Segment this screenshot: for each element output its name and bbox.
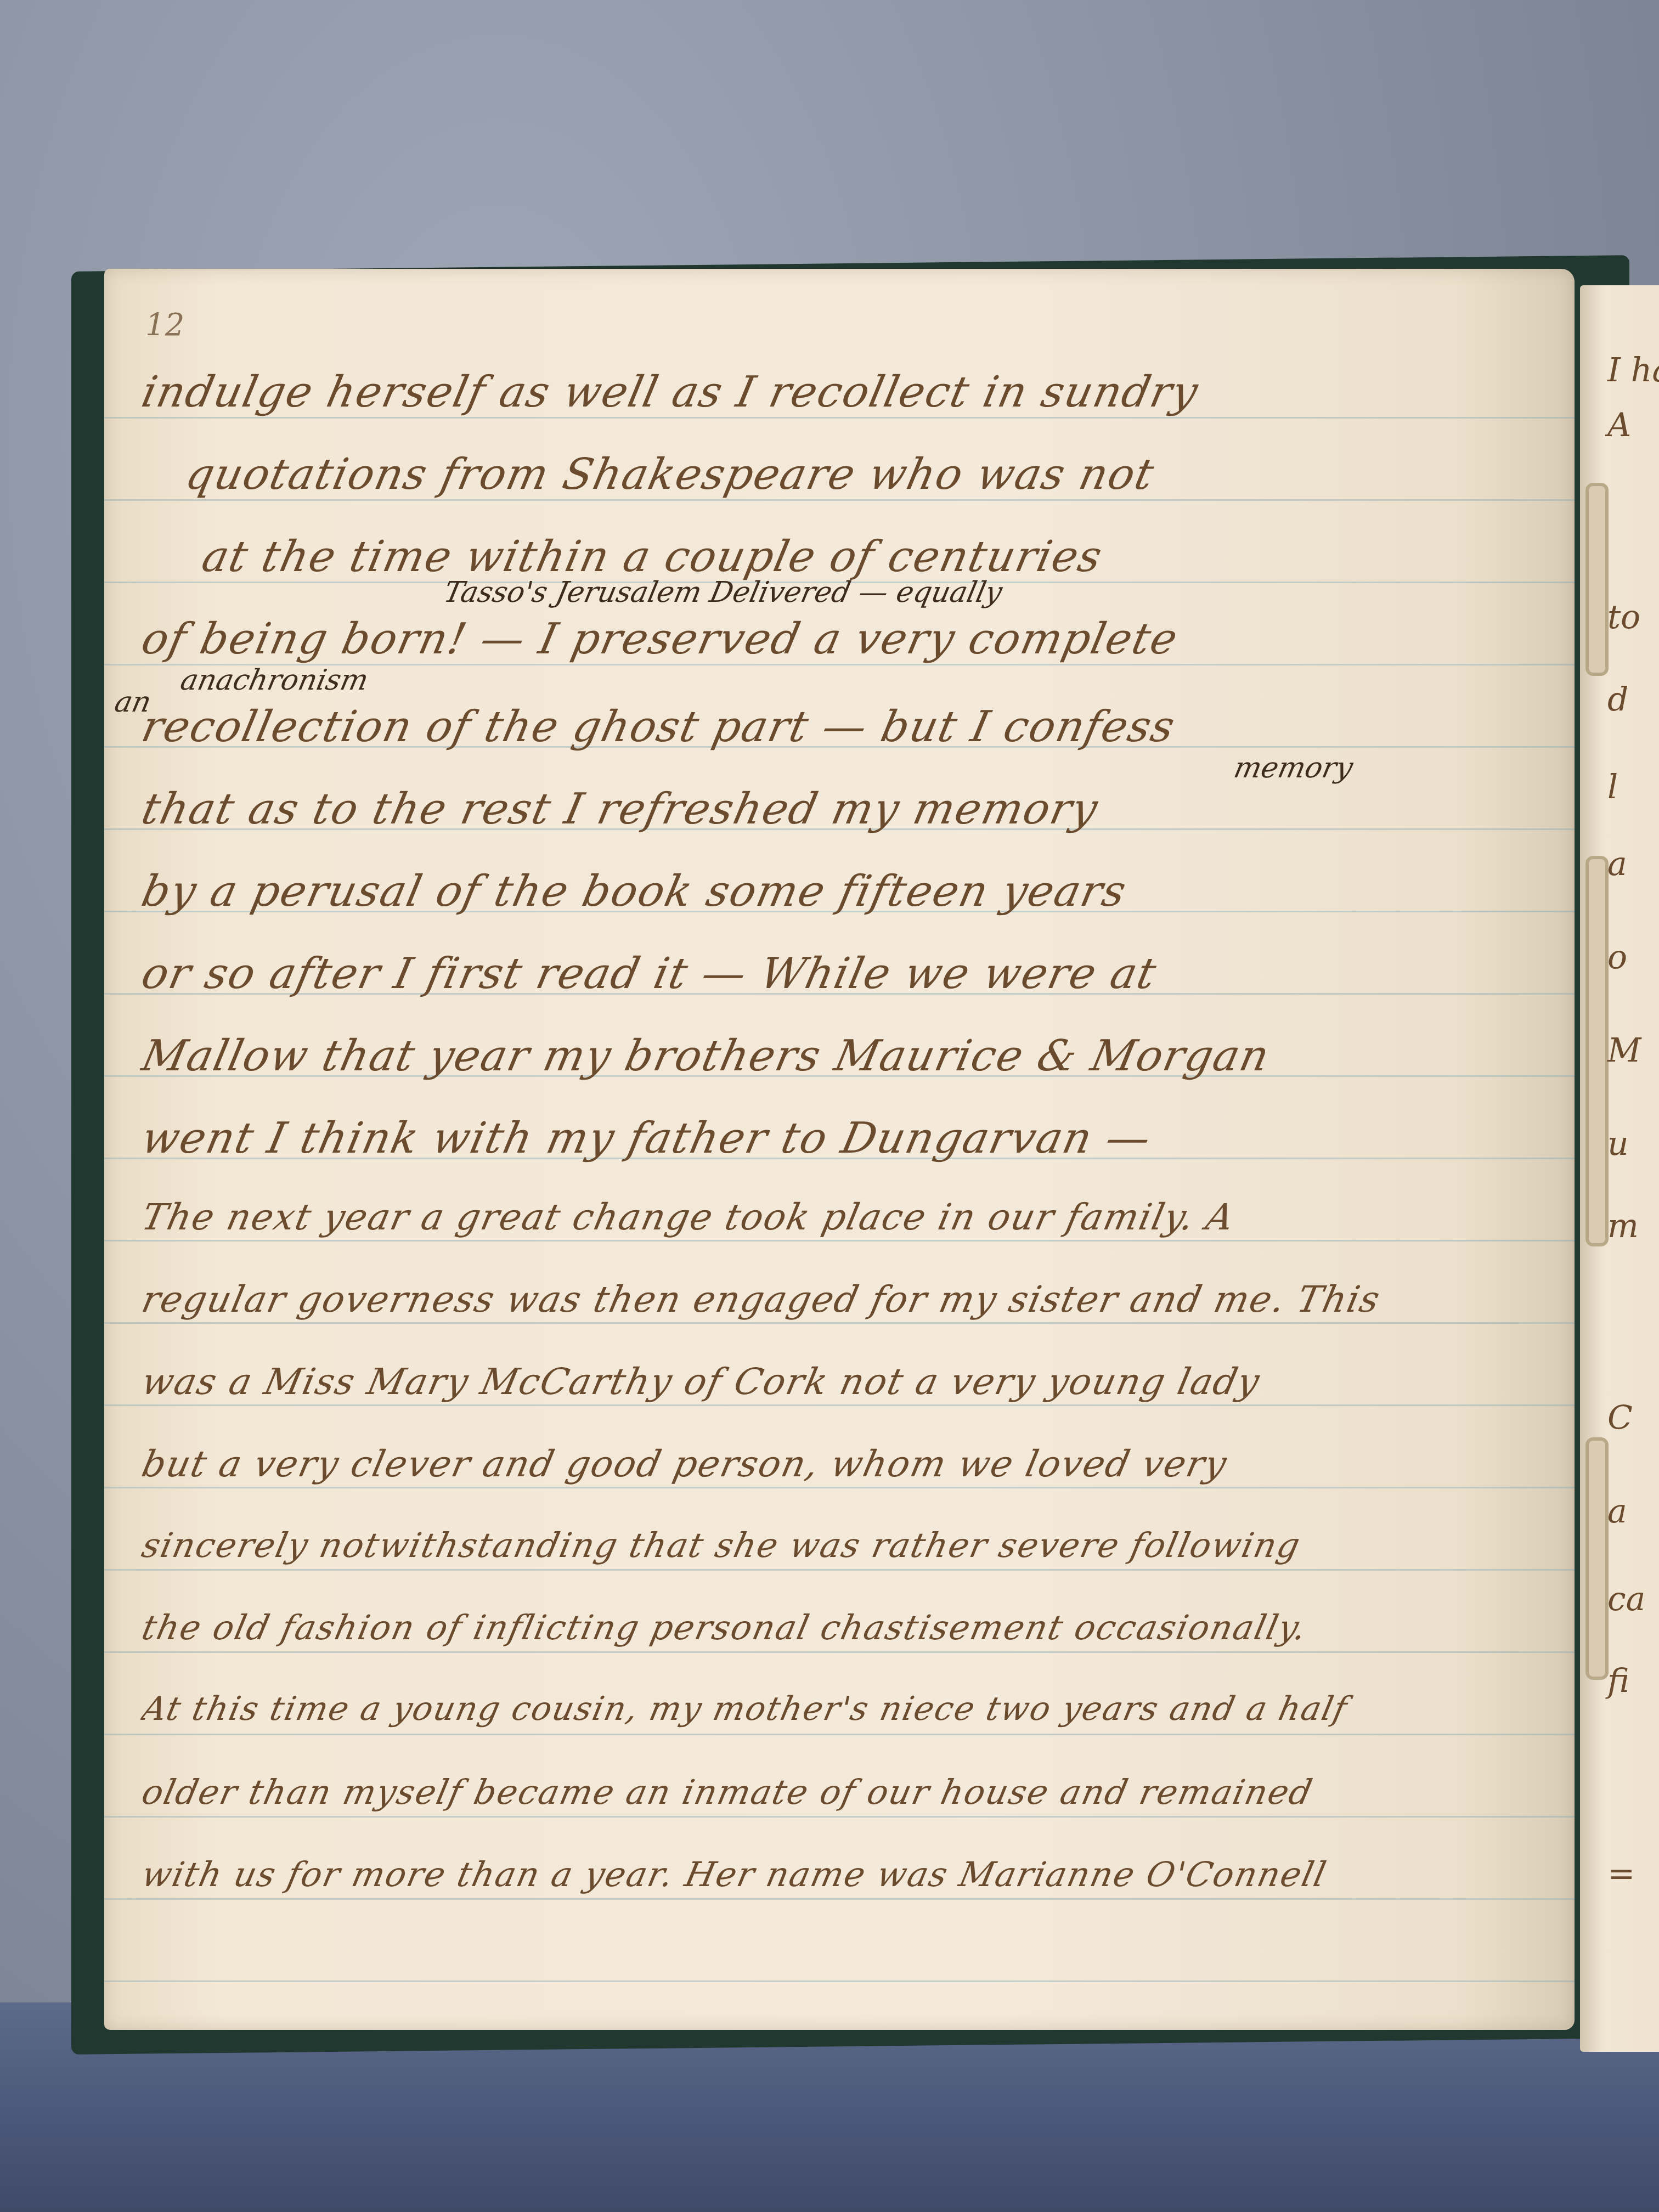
manuscript-line: that as to the rest I refreshed my memor…	[137, 785, 1541, 834]
facing-page-text: I ha	[1607, 351, 1659, 390]
facing-page-text: ca	[1607, 1580, 1645, 1618]
ruled-line	[104, 1816, 1575, 1818]
ruled-line	[104, 1322, 1575, 1324]
facing-page-text: u	[1607, 1125, 1629, 1163]
manuscript-line: The next year a great change took place …	[138, 1196, 1541, 1238]
ruled-line	[104, 1404, 1575, 1406]
manuscript-line: was a Miss Mary McCarthy of Cork not a v…	[138, 1361, 1541, 1403]
manuscript-line: indulge herself as well as I recollect i…	[137, 368, 1541, 417]
ruled-line	[104, 1898, 1575, 1900]
ruled-line	[104, 1980, 1575, 1982]
facing-page-text: a	[1607, 1492, 1627, 1531]
manuscript-line: of being born! — I preserved a very comp…	[137, 614, 1541, 664]
facing-page-text: A	[1607, 406, 1631, 444]
ruled-line	[104, 1240, 1575, 1242]
manuscript-line: quotations from Shakespeare who was not	[181, 450, 1541, 499]
manuscript-line: Mallow that year my brothers Maurice & M…	[137, 1031, 1541, 1081]
manuscript-line: or so after I first read it — While we w…	[137, 949, 1541, 998]
facing-page-text: to	[1607, 598, 1640, 636]
facing-page-text: C	[1607, 1399, 1633, 1437]
facing-page-text: m	[1607, 1207, 1639, 1245]
manuscript-line: At this time a young cousin, my mother's…	[139, 1690, 1541, 1728]
ruled-line	[104, 1569, 1575, 1571]
facing-page-text: l	[1607, 768, 1618, 806]
manuscript-line: recollection of the ghost part — but I c…	[137, 702, 1541, 752]
manuscript-line: went I think with my father to Dungarvan…	[137, 1114, 1541, 1163]
facing-page-text: o	[1607, 938, 1627, 977]
facing-page-text: =	[1607, 1854, 1635, 1893]
manuscript-line: sincerely notwithstanding that she was r…	[138, 1525, 1541, 1565]
facing-page-text: M	[1607, 1031, 1641, 1070]
manuscript-line: regular governess was then engaged for m…	[138, 1278, 1541, 1321]
manuscript-line: older than myself became an inmate of ou…	[138, 1772, 1541, 1812]
manuscript-line: by a perusal of the book some fifteen ye…	[137, 867, 1541, 916]
binding-stitch	[1585, 483, 1609, 676]
interlinear-insertion: memory	[1231, 752, 1356, 785]
facing-page-text: d	[1607, 680, 1628, 719]
manuscript-line: at the time within a couple of centuries	[198, 532, 1541, 582]
binding-stitch	[1585, 856, 1609, 1246]
manuscript-line: the old fashion of inflicting personal c…	[138, 1607, 1541, 1647]
ruled-line	[104, 499, 1575, 501]
interlinear-insertion: Tasso's Jerusalem Delivered — equally	[441, 576, 1006, 609]
page-number: 12	[145, 307, 184, 343]
manuscript-page: 12 indulge herself as well as I recollec…	[104, 269, 1575, 2030]
ruled-line	[104, 1734, 1575, 1735]
ruled-line	[104, 417, 1575, 419]
binding-stitch	[1585, 1437, 1609, 1680]
interlinear-insertion: anachronism	[178, 664, 371, 697]
ruled-line	[104, 1651, 1575, 1653]
ruled-line	[104, 1487, 1575, 1488]
facing-page-text: a	[1607, 845, 1627, 883]
manuscript-line: with us for more than a year. Her name w…	[138, 1854, 1541, 1894]
manuscript-line: but a very clever and good person, whom …	[138, 1443, 1541, 1485]
facing-page-text: fi	[1607, 1662, 1629, 1701]
